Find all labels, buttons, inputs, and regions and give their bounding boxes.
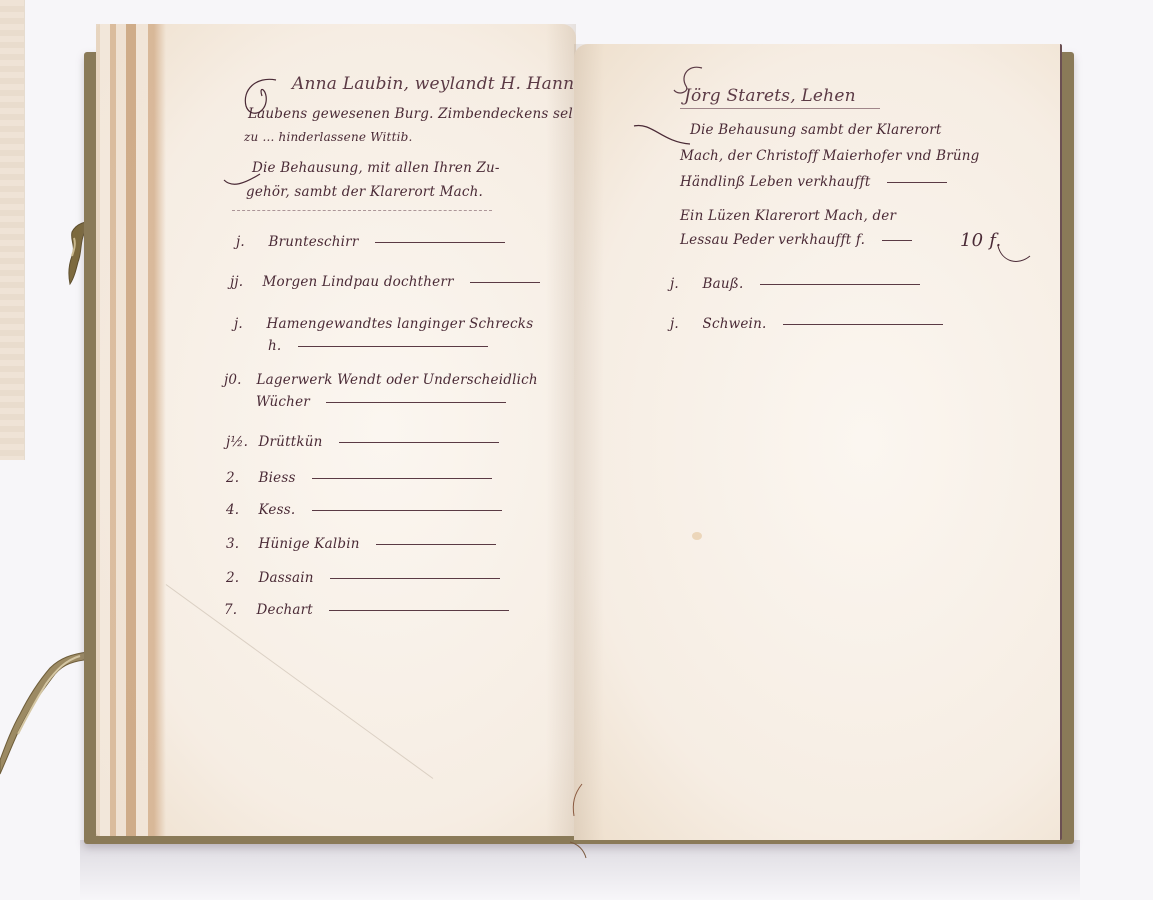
intro-line-1: Die Behausung, mit allen Ihren Zu-	[252, 160, 500, 176]
dash-leader	[882, 240, 912, 241]
heading-line-1: Anna Laubin, weylandt H. Hanns	[292, 74, 583, 94]
paper-stain	[692, 532, 702, 540]
item-quantity: 2.	[226, 470, 254, 486]
entry-1-line-3: Händlinß Leben verkhaufft	[680, 174, 947, 190]
entry-1-line-1: Die Behausung sambt der Klarerort	[690, 122, 942, 138]
left-page: Anna Laubin, weylandt H. Hanns Laubens g…	[96, 24, 576, 836]
item-text: Morgen Lindpau dochtherr	[263, 274, 454, 290]
entry-text: Händlinß Leben verkhaufft	[680, 174, 870, 190]
item-text: Wücher	[256, 394, 310, 410]
list-item-continuation: Wücher	[256, 394, 506, 410]
list-item-continuation: h.	[268, 338, 488, 354]
dash-leader	[887, 182, 947, 183]
item-text: Lagerwerk Wendt oder Underscheidlich	[257, 372, 538, 388]
dash-leader	[329, 610, 509, 611]
dash-leader	[760, 284, 920, 285]
item-text: Dassain	[259, 570, 314, 586]
dash-leader	[783, 324, 943, 325]
heading-line-2: Laubens gewesenen Burg. Zimbendeckens se…	[248, 106, 577, 122]
dash-leader	[376, 544, 496, 545]
item-text: Brunteschirr	[269, 234, 359, 250]
dash-leader	[339, 442, 499, 443]
list-item: j½. Drüttkün	[226, 434, 499, 450]
list-item: 4. Kess.	[226, 502, 502, 518]
entry-2-line-2: Lessau Peder verkhaufft f.	[680, 232, 912, 248]
intro-line-2: gehör, sambt der Klarerort Mach.	[246, 184, 483, 200]
item-quantity: 4.	[226, 502, 254, 518]
list-item: 2. Biess	[226, 470, 492, 486]
gutter-shadow-left	[546, 24, 576, 836]
bookmark-ribbon-bottom	[0, 648, 90, 778]
list-item: j. Brunteschirr	[236, 234, 505, 250]
separator-rule	[232, 210, 492, 211]
item-text: Dechart	[257, 602, 313, 618]
initial-flourish	[236, 72, 296, 132]
list-item: jj. Morgen Lindpau dochtherr	[230, 274, 540, 290]
dash-leader	[312, 478, 492, 479]
item-text: Bauß.	[703, 276, 744, 292]
item-quantity: 7.	[224, 602, 252, 618]
dash-leader	[375, 242, 505, 243]
heading-line-3: zu ... hinderlassene Wittib.	[244, 130, 413, 144]
entry-heading: Jörg Starets, Lehen	[684, 86, 856, 106]
item-text: h.	[268, 338, 281, 354]
list-item: j. Bauß.	[670, 276, 920, 292]
item-quantity: j.	[234, 316, 262, 332]
item-text: Hamengewandtes langinger Schrecks	[267, 316, 534, 332]
item-quantity: j.	[670, 276, 698, 292]
item-quantity: j0.	[224, 372, 252, 388]
list-item: 7. Dechart	[224, 602, 509, 618]
gutter-shadow-right	[574, 44, 604, 840]
item-quantity: j.	[236, 234, 264, 250]
item-quantity: jj.	[230, 274, 258, 290]
entry-2-line-1: Ein Lüzen Klarerort Mach, der	[680, 208, 896, 224]
dash-leader	[298, 346, 488, 347]
list-item: 3. Hünige Kalbin	[226, 536, 496, 552]
heading-underline	[680, 108, 880, 109]
item-quantity: 2.	[226, 570, 254, 586]
dash-leader	[312, 510, 502, 511]
dash-leader	[330, 578, 500, 579]
list-item: j. Hamengewandtes langinger Schrecks	[234, 316, 533, 332]
item-text: Drüttkün	[259, 434, 323, 450]
dash-leader	[470, 282, 540, 283]
line-flourish	[632, 120, 692, 148]
item-text: Hünige Kalbin	[259, 536, 360, 552]
dash-leader	[326, 402, 506, 403]
item-text: Biess	[259, 470, 296, 486]
wooden-table-edge	[0, 0, 25, 460]
list-item: j0. Lagerwerk Wendt oder Underscheidlich	[224, 372, 538, 388]
item-quantity: j.	[670, 316, 698, 332]
binding-thread	[560, 780, 600, 860]
list-item: j. Schwein.	[670, 316, 943, 332]
entry-text: Lessau Peder verkhaufft f.	[680, 232, 865, 248]
item-quantity: 3.	[226, 536, 254, 552]
right-page: Jörg Starets, Lehen Die Behausung sambt …	[574, 44, 1062, 840]
item-text: Kess.	[259, 502, 296, 518]
entry-1-line-2: Mach, der Christoff Maierhofer vnd Brüng	[680, 148, 980, 164]
list-item: 2. Dassain	[226, 570, 500, 586]
item-text: Schwein.	[703, 316, 767, 332]
item-quantity: j½.	[226, 434, 254, 450]
amount-flourish	[994, 240, 1034, 270]
page-edge-stains	[96, 24, 166, 836]
